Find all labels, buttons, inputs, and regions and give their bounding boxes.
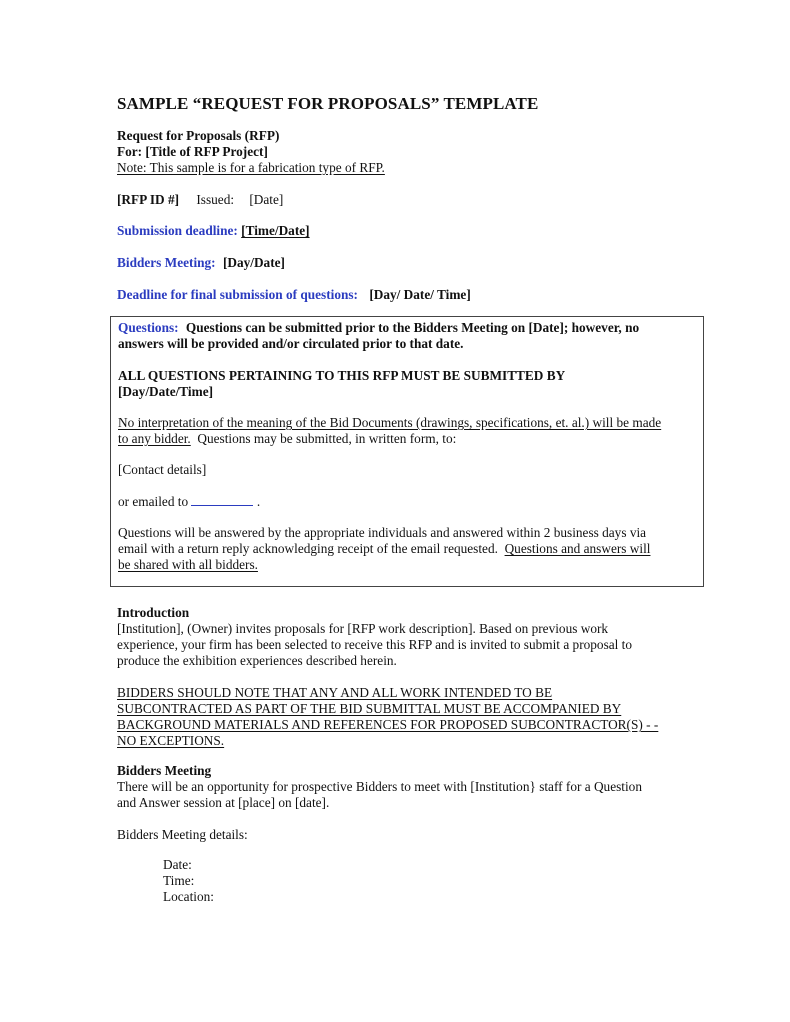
emailed-to-line: or emailed to . (118, 494, 260, 510)
bidders-meeting-date: Bidders Meeting: [Day/Date] (117, 255, 285, 271)
rfp-header-line: Request for Proposals (RFP) (117, 128, 279, 144)
issued-value: [Date] (249, 192, 283, 207)
rfp-note: Note: This sample is for a fabrication t… (117, 160, 385, 176)
questions-label: Questions: (118, 320, 179, 335)
bidders-meeting-label: Bidders Meeting: (117, 255, 216, 270)
rfp-id-line: [RFP ID #] Issued: [Date] (117, 192, 283, 208)
answer-policy-line1: Questions will be answered by the approp… (118, 525, 646, 541)
meeting-detail-time: Time: (163, 873, 194, 889)
all-questions-notice: ALL QUESTIONS PERTAINING TO THIS RFP MUS… (118, 368, 565, 384)
subcontract-notice-line: NO EXCEPTIONS. (117, 733, 224, 749)
meeting-detail-location: Location: (163, 889, 214, 905)
answer-policy-line3: be shared with all bidders. (118, 557, 258, 573)
meeting-detail-date: Date: (163, 857, 192, 873)
questions-intro-line1: Questions: Questions can be submitted pr… (118, 320, 639, 336)
interpretation-notice-line1: No interpretation of the meaning of the … (118, 415, 661, 431)
issued-label: Issued: (196, 192, 234, 207)
bidders-meeting-text: and Answer session at [place] on [date]. (117, 795, 329, 811)
final-questions-deadline-value: [Day/ Date/ Time] (369, 287, 470, 302)
interpretation-notice-line2: to any bidder. Questions may be submitte… (118, 431, 456, 447)
bidders-meeting-value: [Day/Date] (223, 255, 285, 270)
subcontract-notice-line: SUBCONTRACTED AS PART OF THE BID SUBMITT… (117, 701, 621, 717)
subcontract-notice-line: BIDDERS SHOULD NOTE THAT ANY AND ALL WOR… (117, 685, 552, 701)
introduction-line: produce the exhibition experiences descr… (117, 653, 397, 669)
bidders-meeting-heading: Bidders Meeting (117, 763, 211, 779)
all-questions-deadline: [Day/Date/Time] (118, 384, 213, 400)
introduction-line: experience, your firm has been selected … (117, 637, 632, 653)
rfp-id: [RFP ID #] (117, 192, 179, 207)
bidders-meeting-details-label: Bidders Meeting details: (117, 827, 248, 843)
bidders-meeting-text: There will be an opportunity for prospec… (117, 779, 642, 795)
submission-deadline-value: [Time/Date] (241, 223, 309, 238)
submission-deadline: Submission deadline: [Time/Date] (117, 223, 310, 239)
questions-intro-line2: answers will be provided and/or circulat… (118, 336, 463, 352)
introduction-line: [Institution], (Owner) invites proposals… (117, 621, 608, 637)
email-blank-field (191, 494, 253, 506)
final-questions-deadline: Deadline for final submission of questio… (117, 287, 471, 303)
answer-policy-line2: email with a return reply acknowledging … (118, 541, 650, 557)
introduction-heading: Introduction (117, 605, 189, 621)
document-title: SAMPLE “REQUEST FOR PROPOSALS” TEMPLATE (117, 94, 538, 114)
submission-deadline-label: Submission deadline: (117, 223, 238, 238)
subcontract-notice-line: BACKGROUND MATERIALS AND REFERENCES FOR … (117, 717, 658, 733)
rfp-project-title: For: [Title of RFP Project] (117, 144, 268, 160)
final-questions-deadline-label: Deadline for final submission of questio… (117, 287, 358, 302)
contact-details: [Contact details] (118, 462, 206, 478)
